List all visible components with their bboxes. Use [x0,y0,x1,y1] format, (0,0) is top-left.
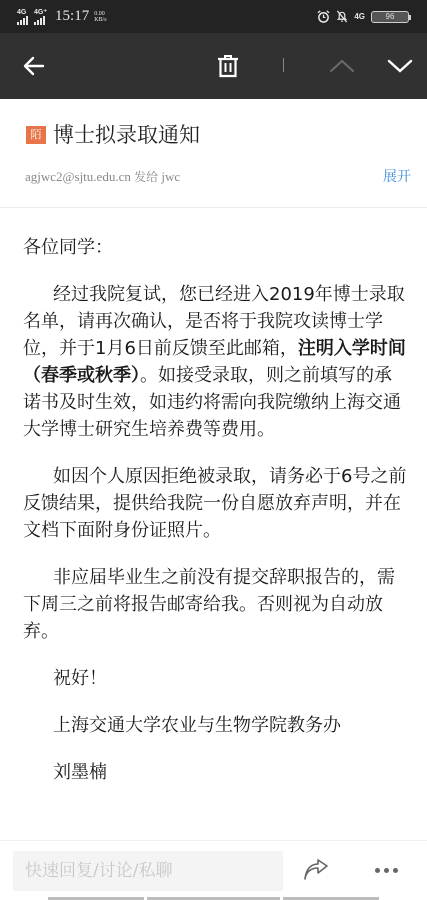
email-header: 陌 博士拟录取通知 agjwc2@sjtu.edu.cn 发给 jwc 展开 [0,99,427,208]
signal-1-label: 4G [17,9,26,16]
paragraph-2: 如因个人原因拒绝被录取，请务必于6号之前反馈结果，提供给我院一份自愿放弃声明，并… [23,463,408,544]
reply-bar [0,840,427,900]
greeting: 各位同学： [23,234,408,261]
arrow-left-icon [23,56,45,76]
network-speed: 0.00 KB/s [94,11,106,23]
toolbar-divider [283,58,284,72]
share-forward-icon [303,859,329,881]
email-body: 各位同学： 经过我院复试，您已经进入2019年博士录取名单，请再次确认，是否将于… [23,234,408,806]
paragraph-3: 非应届毕业生之前没有提交辞职报告的，需下周三之前将报告邮寄给我。否则视为自动放弃… [23,564,408,645]
expand-details-link[interactable]: 展开 [383,166,411,186]
notifications-off-icon [336,10,348,23]
closing: 祝好！ [23,665,408,692]
email-toolbar [0,33,427,99]
signal-2-label: 4G⁺ [34,9,47,16]
email-subject: 博士拟录取通知 [53,119,200,149]
back-button[interactable] [14,33,54,99]
battery-level: 96 [386,12,395,21]
speed-unit: KB/s [94,17,106,23]
recipient[interactable]: jwc [161,169,180,184]
next-email-button[interactable] [380,33,420,99]
battery-icon: 96 [371,11,409,23]
signal-2-icon: 4G⁺ [34,9,47,25]
chevron-down-icon [387,59,413,73]
sender-address[interactable]: agjwc2@sjtu.edu.cn [25,169,131,184]
organization: 上海交通大学农业与生物学院教务办 [23,712,408,739]
chevron-up-icon [329,59,355,73]
stranger-tag: 陌 [26,126,46,144]
alarm-icon [317,10,330,23]
signal-1-icon: 4G [17,9,28,25]
sent-to-label: 发给 [134,170,158,184]
previous-email-button[interactable] [322,33,362,99]
status-bar: 4G 4G⁺ 15:17 0.00 KB/s 4G 96 [0,0,427,33]
delete-button[interactable] [208,33,248,99]
forward-button[interactable] [300,853,332,887]
more-dots-icon [375,868,380,873]
trash-icon [217,54,239,78]
more-button[interactable] [366,853,406,887]
paragraph-1: 经过我院复试，您已经进入2019年博士录取名单，请再次确认，是否将于我院攻读博士… [23,281,408,443]
signature: 刘墨楠 [23,759,408,786]
sender-line: agjwc2@sjtu.edu.cn 发给 jwc [25,168,180,185]
quick-reply-input[interactable] [13,851,283,891]
clock: 15:17 [55,8,89,25]
network-type: 4G [354,12,365,21]
